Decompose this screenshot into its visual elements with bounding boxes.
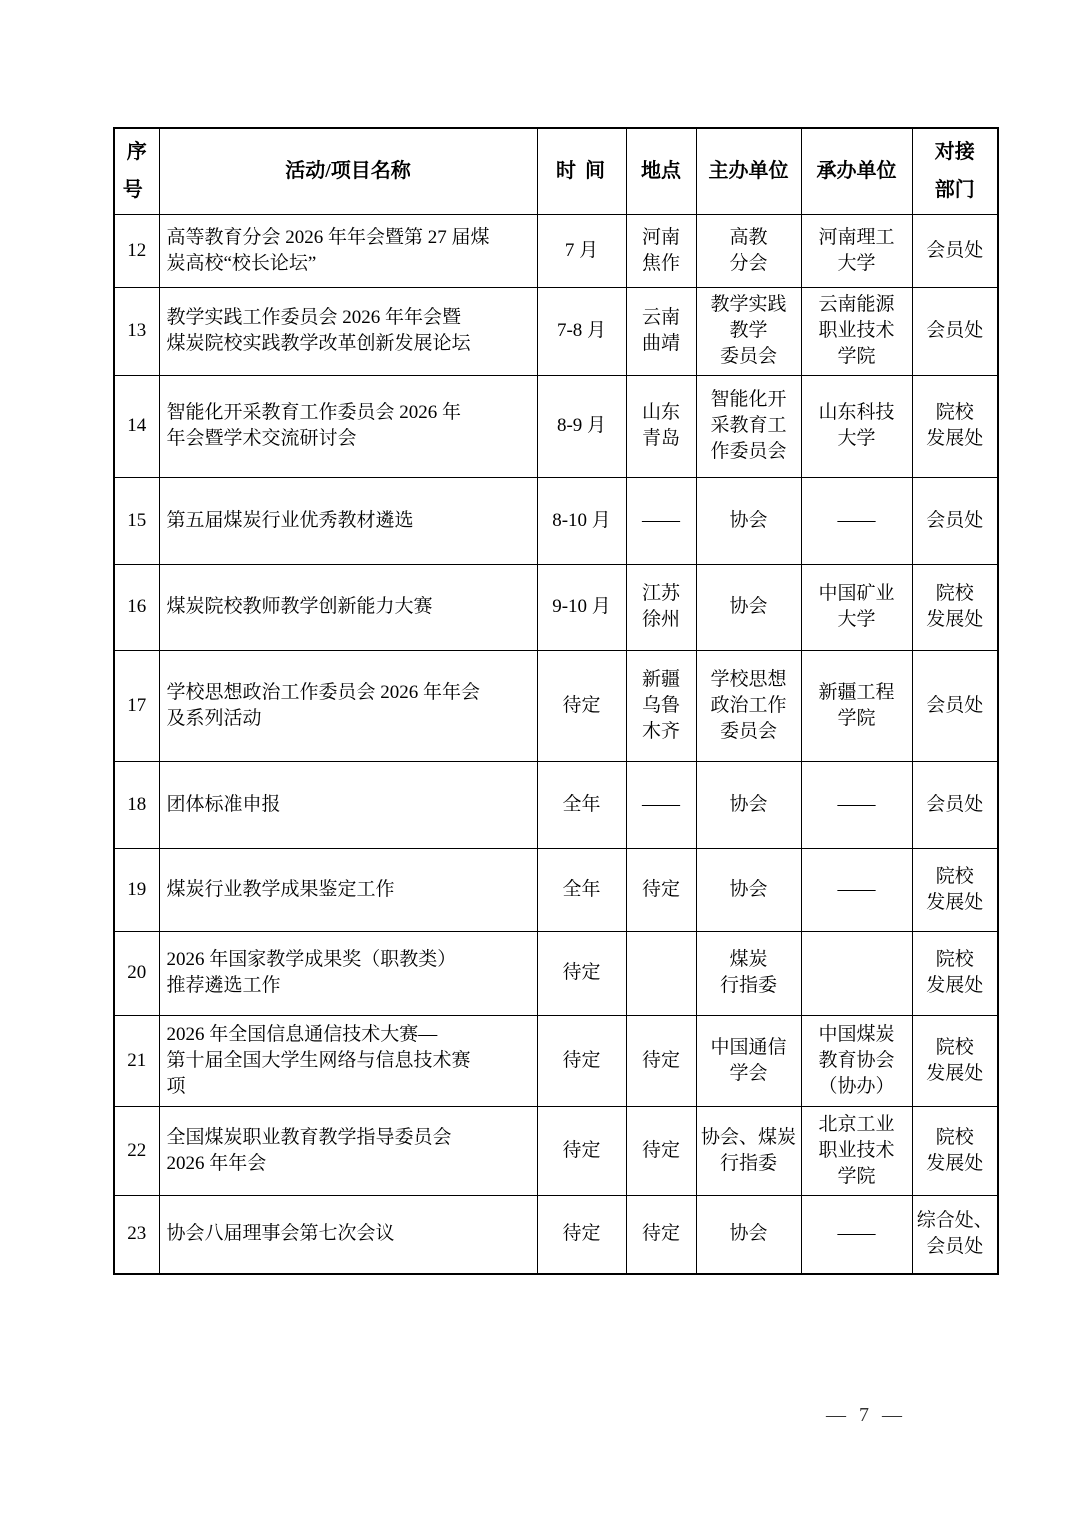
organizer-unit-cell [801,931,912,1015]
location-cell: 山东 青岛 [626,375,696,477]
activity-name-cell: 团体标准申报 [159,761,537,848]
header-serial-number: 序号 [114,128,159,214]
liaison-department-cell: 会员处 [912,287,998,375]
activity-schedule-table: 序号 活动/项目名称 时 间 地点 主办单位 承办单位 对接 部门 12 高等教… [113,127,999,1275]
header-organizer-unit: 承办单位 [801,128,912,214]
time-cell: 待定 [537,931,626,1015]
document-page: { "page": { "footer": "— 7 —" }, "table"… [0,0,1080,1527]
liaison-department-cell: 院校 发展处 [912,931,998,1015]
table-row: 20 2026 年国家教学成果奖（职教类） 推荐遴选工作 待定 煤炭 行指委 院… [114,931,998,1015]
liaison-department-cell: 院校 发展处 [912,1106,998,1195]
host-unit-cell: 协会 [696,761,801,848]
organizer-unit-cell: 新疆工程 学院 [801,650,912,761]
time-cell: 待定 [537,1195,626,1274]
host-unit-cell: 教学实践 教学 委员会 [696,287,801,375]
time-cell: 全年 [537,761,626,848]
organizer-unit-cell: 中国矿业 大学 [801,564,912,650]
location-cell: 待定 [626,1106,696,1195]
activity-name-cell: 协会八届理事会第七次会议 [159,1195,537,1274]
time-cell: 待定 [537,650,626,761]
organizer-unit-cell: —— [801,761,912,848]
location-cell: 新疆 乌鲁 木齐 [626,650,696,761]
host-unit-cell: 煤炭 行指委 [696,931,801,1015]
table-row: 14 智能化开采教育工作委员会 2026 年 年会暨学术交流研讨会 8-9 月 … [114,375,998,477]
header-liaison-department: 对接 部门 [912,128,998,214]
serial-number-cell: 12 [114,214,159,287]
serial-number-cell: 14 [114,375,159,477]
liaison-department-cell: 会员处 [912,761,998,848]
serial-number-cell: 22 [114,1106,159,1195]
header-time: 时 间 [537,128,626,214]
table-row: 13 教学实践工作委员会 2026 年年会暨 煤炭院校实践教学改革创新发展论坛 … [114,287,998,375]
activity-name-cell: 全国煤炭职业教育教学指导委员会 2026 年年会 [159,1106,537,1195]
serial-number-cell: 23 [114,1195,159,1274]
organizer-unit-cell: —— [801,848,912,931]
host-unit-cell: 学校思想 政治工作 委员会 [696,650,801,761]
header-activity-name: 活动/项目名称 [159,128,537,214]
organizer-unit-cell: 云南能源 职业技术 学院 [801,287,912,375]
host-unit-cell: 协会 [696,1195,801,1274]
activity-name-cell: 智能化开采教育工作委员会 2026 年 年会暨学术交流研讨会 [159,375,537,477]
host-unit-cell: 协会 [696,848,801,931]
serial-number-cell: 19 [114,848,159,931]
organizer-unit-cell: 河南理工 大学 [801,214,912,287]
table-row: 12 高等教育分会 2026 年年会暨第 27 届煤 炭高校“校长论坛” 7 月… [114,214,998,287]
host-unit-cell: 协会、煤炭 行指委 [696,1106,801,1195]
organizer-unit-cell: 山东科技 大学 [801,375,912,477]
header-host-unit: 主办单位 [696,128,801,214]
liaison-department-cell: 会员处 [912,650,998,761]
activity-name-cell: 煤炭行业教学成果鉴定工作 [159,848,537,931]
table-row: 19 煤炭行业教学成果鉴定工作 全年 待定 协会 —— 院校 发展处 [114,848,998,931]
serial-number-cell: 17 [114,650,159,761]
location-cell: 河南 焦作 [626,214,696,287]
table-row: 18 团体标准申报 全年 —— 协会 —— 会员处 [114,761,998,848]
organizer-unit-cell: —— [801,477,912,564]
activity-name-cell: 教学实践工作委员会 2026 年年会暨 煤炭院校实践教学改革创新发展论坛 [159,287,537,375]
liaison-department-cell: 院校 发展处 [912,375,998,477]
host-unit-cell: 协会 [696,564,801,650]
header-row: 序号 活动/项目名称 时 间 地点 主办单位 承办单位 对接 部门 [114,128,998,214]
serial-number-cell: 20 [114,931,159,1015]
serial-number-cell: 21 [114,1015,159,1106]
liaison-department-cell: 会员处 [912,477,998,564]
table-row: 15 第五届煤炭行业优秀教材遴选 8-10 月 —— 协会 —— 会员处 [114,477,998,564]
time-cell: 待定 [537,1106,626,1195]
table-row: 17 学校思想政治工作委员会 2026 年年会 及系列活动 待定 新疆 乌鲁 木… [114,650,998,761]
activity-name-cell: 2026 年全国信息通信技术大赛— 第十届全国大学生网络与信息技术赛 项 [159,1015,537,1106]
activity-name-cell: 高等教育分会 2026 年年会暨第 27 届煤 炭高校“校长论坛” [159,214,537,287]
liaison-department-cell: 综合处、 会员处 [912,1195,998,1274]
time-cell: 7 月 [537,214,626,287]
serial-number-cell: 16 [114,564,159,650]
table-row: 21 2026 年全国信息通信技术大赛— 第十届全国大学生网络与信息技术赛 项 … [114,1015,998,1106]
time-cell: 8-9 月 [537,375,626,477]
activity-name-cell: 煤炭院校教师教学创新能力大赛 [159,564,537,650]
table-row: 22 全国煤炭职业教育教学指导委员会 2026 年年会 待定 待定 协会、煤炭 … [114,1106,998,1195]
serial-number-cell: 15 [114,477,159,564]
activity-name-cell: 2026 年国家教学成果奖（职教类） 推荐遴选工作 [159,931,537,1015]
location-cell: —— [626,477,696,564]
location-cell: 云南 曲靖 [626,287,696,375]
location-cell: 待定 [626,848,696,931]
time-cell: 待定 [537,1015,626,1106]
organizer-unit-cell: —— [801,1195,912,1274]
location-cell [626,931,696,1015]
location-cell: —— [626,761,696,848]
serial-number-cell: 13 [114,287,159,375]
location-cell: 待定 [626,1015,696,1106]
liaison-department-cell: 院校 发展处 [912,1015,998,1106]
header-location: 地点 [626,128,696,214]
serial-number-cell: 18 [114,761,159,848]
table-row: 16 煤炭院校教师教学创新能力大赛 9-10 月 江苏 徐州 协会 中国矿业 大… [114,564,998,650]
liaison-department-cell: 院校 发展处 [912,848,998,931]
time-cell: 9-10 月 [537,564,626,650]
time-cell: 8-10 月 [537,477,626,564]
page-number: — 7 — [826,1404,906,1427]
location-cell: 江苏 徐州 [626,564,696,650]
table-row: 23 协会八届理事会第七次会议 待定 待定 协会 —— 综合处、 会员处 [114,1195,998,1274]
organizer-unit-cell: 中国煤炭 教育协会 （协办） [801,1015,912,1106]
liaison-department-cell: 会员处 [912,214,998,287]
host-unit-cell: 中国通信 学会 [696,1015,801,1106]
host-unit-cell: 高教 分会 [696,214,801,287]
activity-name-cell: 学校思想政治工作委员会 2026 年年会 及系列活动 [159,650,537,761]
activity-name-cell: 第五届煤炭行业优秀教材遴选 [159,477,537,564]
time-cell: 全年 [537,848,626,931]
host-unit-cell: 智能化开 采教育工 作委员会 [696,375,801,477]
host-unit-cell: 协会 [696,477,801,564]
organizer-unit-cell: 北京工业 职业技术 学院 [801,1106,912,1195]
location-cell: 待定 [626,1195,696,1274]
time-cell: 7-8 月 [537,287,626,375]
liaison-department-cell: 院校 发展处 [912,564,998,650]
